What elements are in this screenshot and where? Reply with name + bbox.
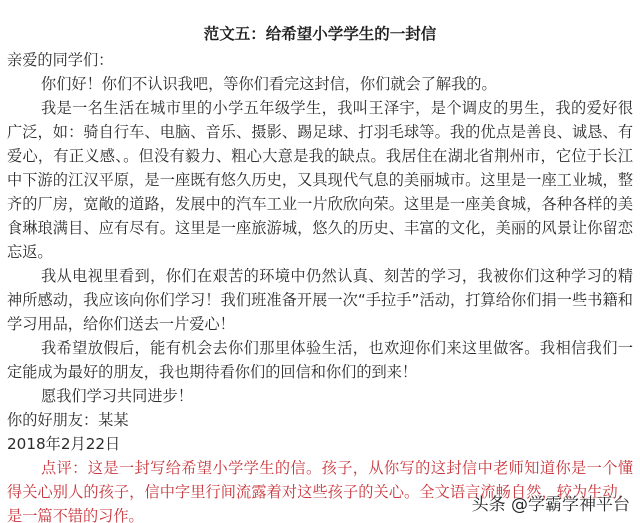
- paragraph-self-intro: 我是一名生活在城市里的小学五年级学生，我叫王泽宇，是个调皮的男生，我的爱好很广泛…: [7, 96, 633, 264]
- watermark: 头条 @学霸学神平台: [472, 490, 630, 515]
- salutation: 亲爱的同学们：: [7, 48, 633, 72]
- paragraph-inspiration: 我从电视里看到，你们在艰苦的环境中仍然认真、刻苦的学习，我被你们这种学习的精神所…: [7, 264, 633, 336]
- letter-date: 2018年2月22日: [7, 432, 633, 456]
- paragraph-closing: 愿我们学习共同进步！: [7, 384, 633, 408]
- letter-document: 范文五：给希望小学学生的一封信 亲爱的同学们： 你们好！你们不认识我吧，等你们看…: [7, 22, 633, 523]
- document-title: 范文五：给希望小学学生的一封信: [7, 22, 633, 46]
- signature: 你的好朋友：某某: [7, 408, 633, 432]
- paragraph-hope: 我希望放假后，能有机会去你们那里体验生活，也欢迎你们来这里做客。我相信我们一定能…: [7, 336, 633, 384]
- paragraph-greeting: 你们好！你们不认识我吧，等你们看完这封信，你们就会了解我的。: [7, 72, 633, 96]
